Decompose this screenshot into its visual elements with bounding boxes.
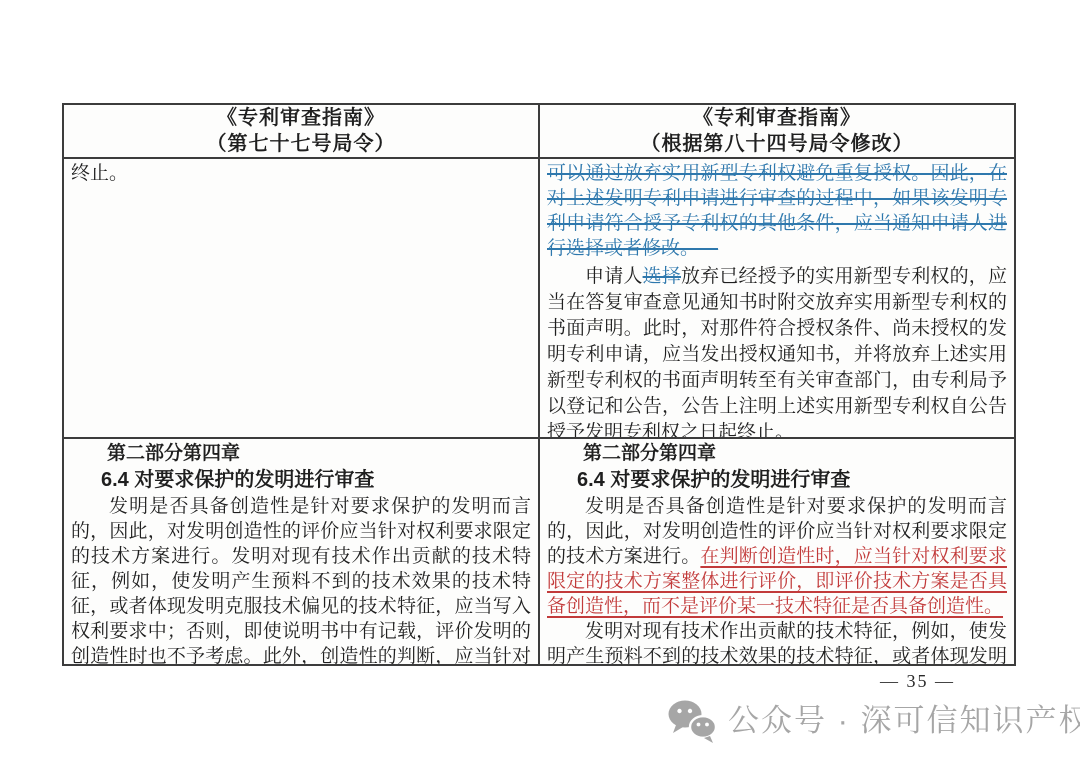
- header-cell-new-version: 《专利审查指南》 （根据第八十四号局令修改）: [540, 105, 1014, 157]
- new-section-paragraph-2: 发明对现有技术作出贡献的技术特征，例如，使发明产生预料不到的技术效果的技术特征，…: [547, 619, 1007, 664]
- header-cell-old-version: 《专利审查指南》 （第七十七号局令）: [64, 105, 540, 157]
- watermark-text: 公众号 · 深可信知识产权: [728, 697, 1080, 745]
- new-version-subtitle: （根据第八十四号局令修改）: [641, 131, 914, 157]
- old-text-cell-row1: 终止。: [64, 159, 540, 437]
- table-row-inventiveness-section: 第二部分第四章 6.4 对要求保护的发明进行审查 发明是否具备创造性是针对要求保…: [64, 439, 1014, 664]
- subsection-heading-old: 6.4 对要求保护的发明进行审查: [71, 467, 531, 494]
- revised-paragraph-lead: 申请人: [585, 266, 643, 287]
- guideline-comparison-table: 《专利审查指南》 （第七十七号局令） 《专利审查指南》 （根据第八十四号局令修改…: [62, 103, 1016, 666]
- scanned-document-page: { "colors":{ "deleted_blue":"#2e78ad", "…: [0, 0, 1080, 764]
- subsection-heading-new: 6.4 对要求保护的发明进行审查: [547, 467, 1007, 494]
- revised-paragraph: 申请人选择放弃已经授予的实用新型专利权的，应当在答复审查意见通知书时附交放弃实用…: [547, 264, 1007, 437]
- watermark: 公众号 · 深可信知识产权: [666, 697, 1080, 745]
- new-text-cell-row1: 可以通过放弃实用新型专利权避免重复授权。因此，在对上述发明专利申请进行审查的过程…: [540, 159, 1014, 437]
- new-section-paragraph: 发明是否具备创造性是针对要求保护的发明而言的，因此，对发明创造性的评价应当针对权…: [547, 494, 1007, 619]
- new-version-title: 《专利审查指南》: [693, 105, 861, 131]
- table-header-row: 《专利审查指南》 （第七十七号局令） 《专利审查指南》 （根据第八十四号局令修改…: [64, 105, 1014, 159]
- revised-paragraph-body: 放弃已经授予的实用新型专利权的，应当在答复审查意见通知书时附交放弃实用新型专利权…: [547, 266, 1007, 437]
- section-heading-new: 第二部分第四章: [547, 441, 1007, 467]
- old-version-subtitle: （第七十七号局令）: [207, 131, 396, 157]
- old-section-paragraph: 发明是否具备创造性是针对要求保护的发明而言的，因此，对发明创造性的评价应当针对权…: [71, 494, 531, 664]
- old-text-fragment: 终止。: [71, 161, 531, 187]
- old-text-cell-row2: 第二部分第四章 6.4 对要求保护的发明进行审查 发明是否具备创造性是针对要求保…: [64, 439, 540, 664]
- deleted-word: 选择: [643, 266, 681, 287]
- section-heading-old: 第二部分第四章: [71, 441, 531, 467]
- deleted-passage: 可以通过放弃实用新型专利权避免重复授权。因此，在对上述发明专利申请进行审查的过程…: [547, 161, 1007, 261]
- table-row-terminate-clause: 终止。 可以通过放弃实用新型专利权避免重复授权。因此，在对上述发明专利申请进行审…: [64, 159, 1014, 439]
- new-text-cell-row2: 第二部分第四章 6.4 对要求保护的发明进行审查 发明是否具备创造性是针对要求保…: [540, 439, 1014, 664]
- old-version-title: 《专利审查指南》: [217, 105, 385, 131]
- wechat-icon: [666, 698, 718, 744]
- page-number: — 35 —: [845, 671, 990, 692]
